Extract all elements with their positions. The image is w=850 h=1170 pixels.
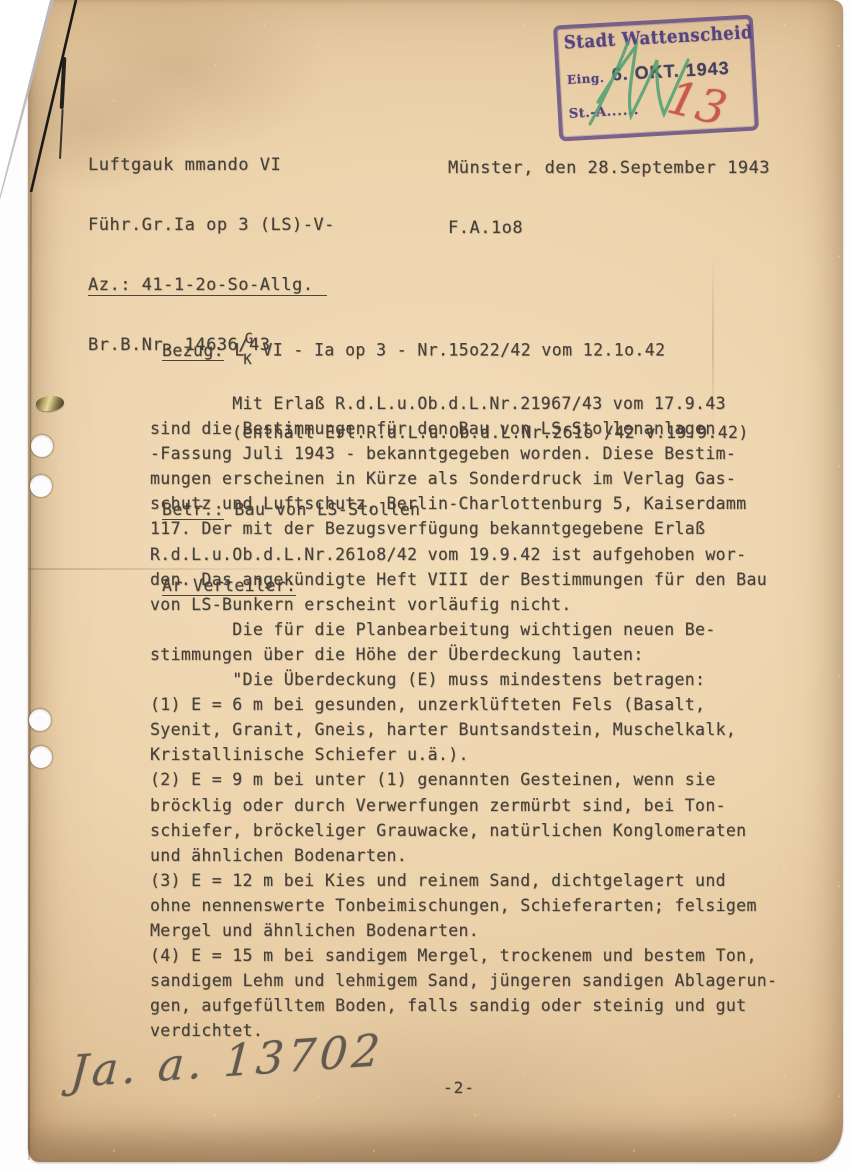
bezug-line: Bezug: LGK VI - Ia op 3 - Nr.15o22/42 vo…: [162, 333, 749, 369]
stamp-office-text: St.-A.: [568, 105, 612, 122]
document-scan: Stadt Wattenscheid Eing. 6. OKT. 1943 St…: [0, 0, 850, 1170]
hole-punch: [30, 475, 52, 497]
hole-punch: [29, 709, 51, 731]
dateline-block: Münster, den 28.September 1943 F.A.1o8: [448, 153, 770, 243]
dateline-reference: F.A.1o8: [448, 218, 523, 238]
hole-punch: [31, 435, 53, 457]
stamp-dotted-line: .....: [611, 103, 639, 120]
stamp-office-label: St.-A......: [568, 103, 639, 122]
scan-corner-background: [0, 0, 50, 195]
sender-department: Führ.Gr.Ia op 3 (LS)-V-: [88, 215, 335, 235]
page-number: -2-: [443, 1078, 475, 1097]
stamp-received-label: Eing.: [567, 71, 605, 87]
entry-stamp: Stadt Wattenscheid Eing. 6. OKT. 1943 St…: [553, 15, 759, 142]
bezug-subscript: K: [243, 352, 252, 368]
stamp-city-label: Stadt Wattenscheid: [563, 22, 742, 53]
letter-body: Mit Erlaß R.d.L.u.Ob.d.L.Nr.21967/43 vom…: [150, 391, 790, 1043]
sender-unit: Luftgauk mmando VI: [88, 155, 281, 175]
bezug-label: Bezug:: [162, 341, 224, 361]
bezug-text-rest: VI - Ia op 3 - Nr.15o22/42 vom 12.1o.42: [252, 341, 665, 360]
bezug-text-pre: L: [224, 341, 245, 360]
hole-punch: [30, 746, 52, 768]
bezug-superscript: G: [245, 331, 254, 347]
place-and-date: Münster, den 28.September 1943: [448, 158, 770, 178]
